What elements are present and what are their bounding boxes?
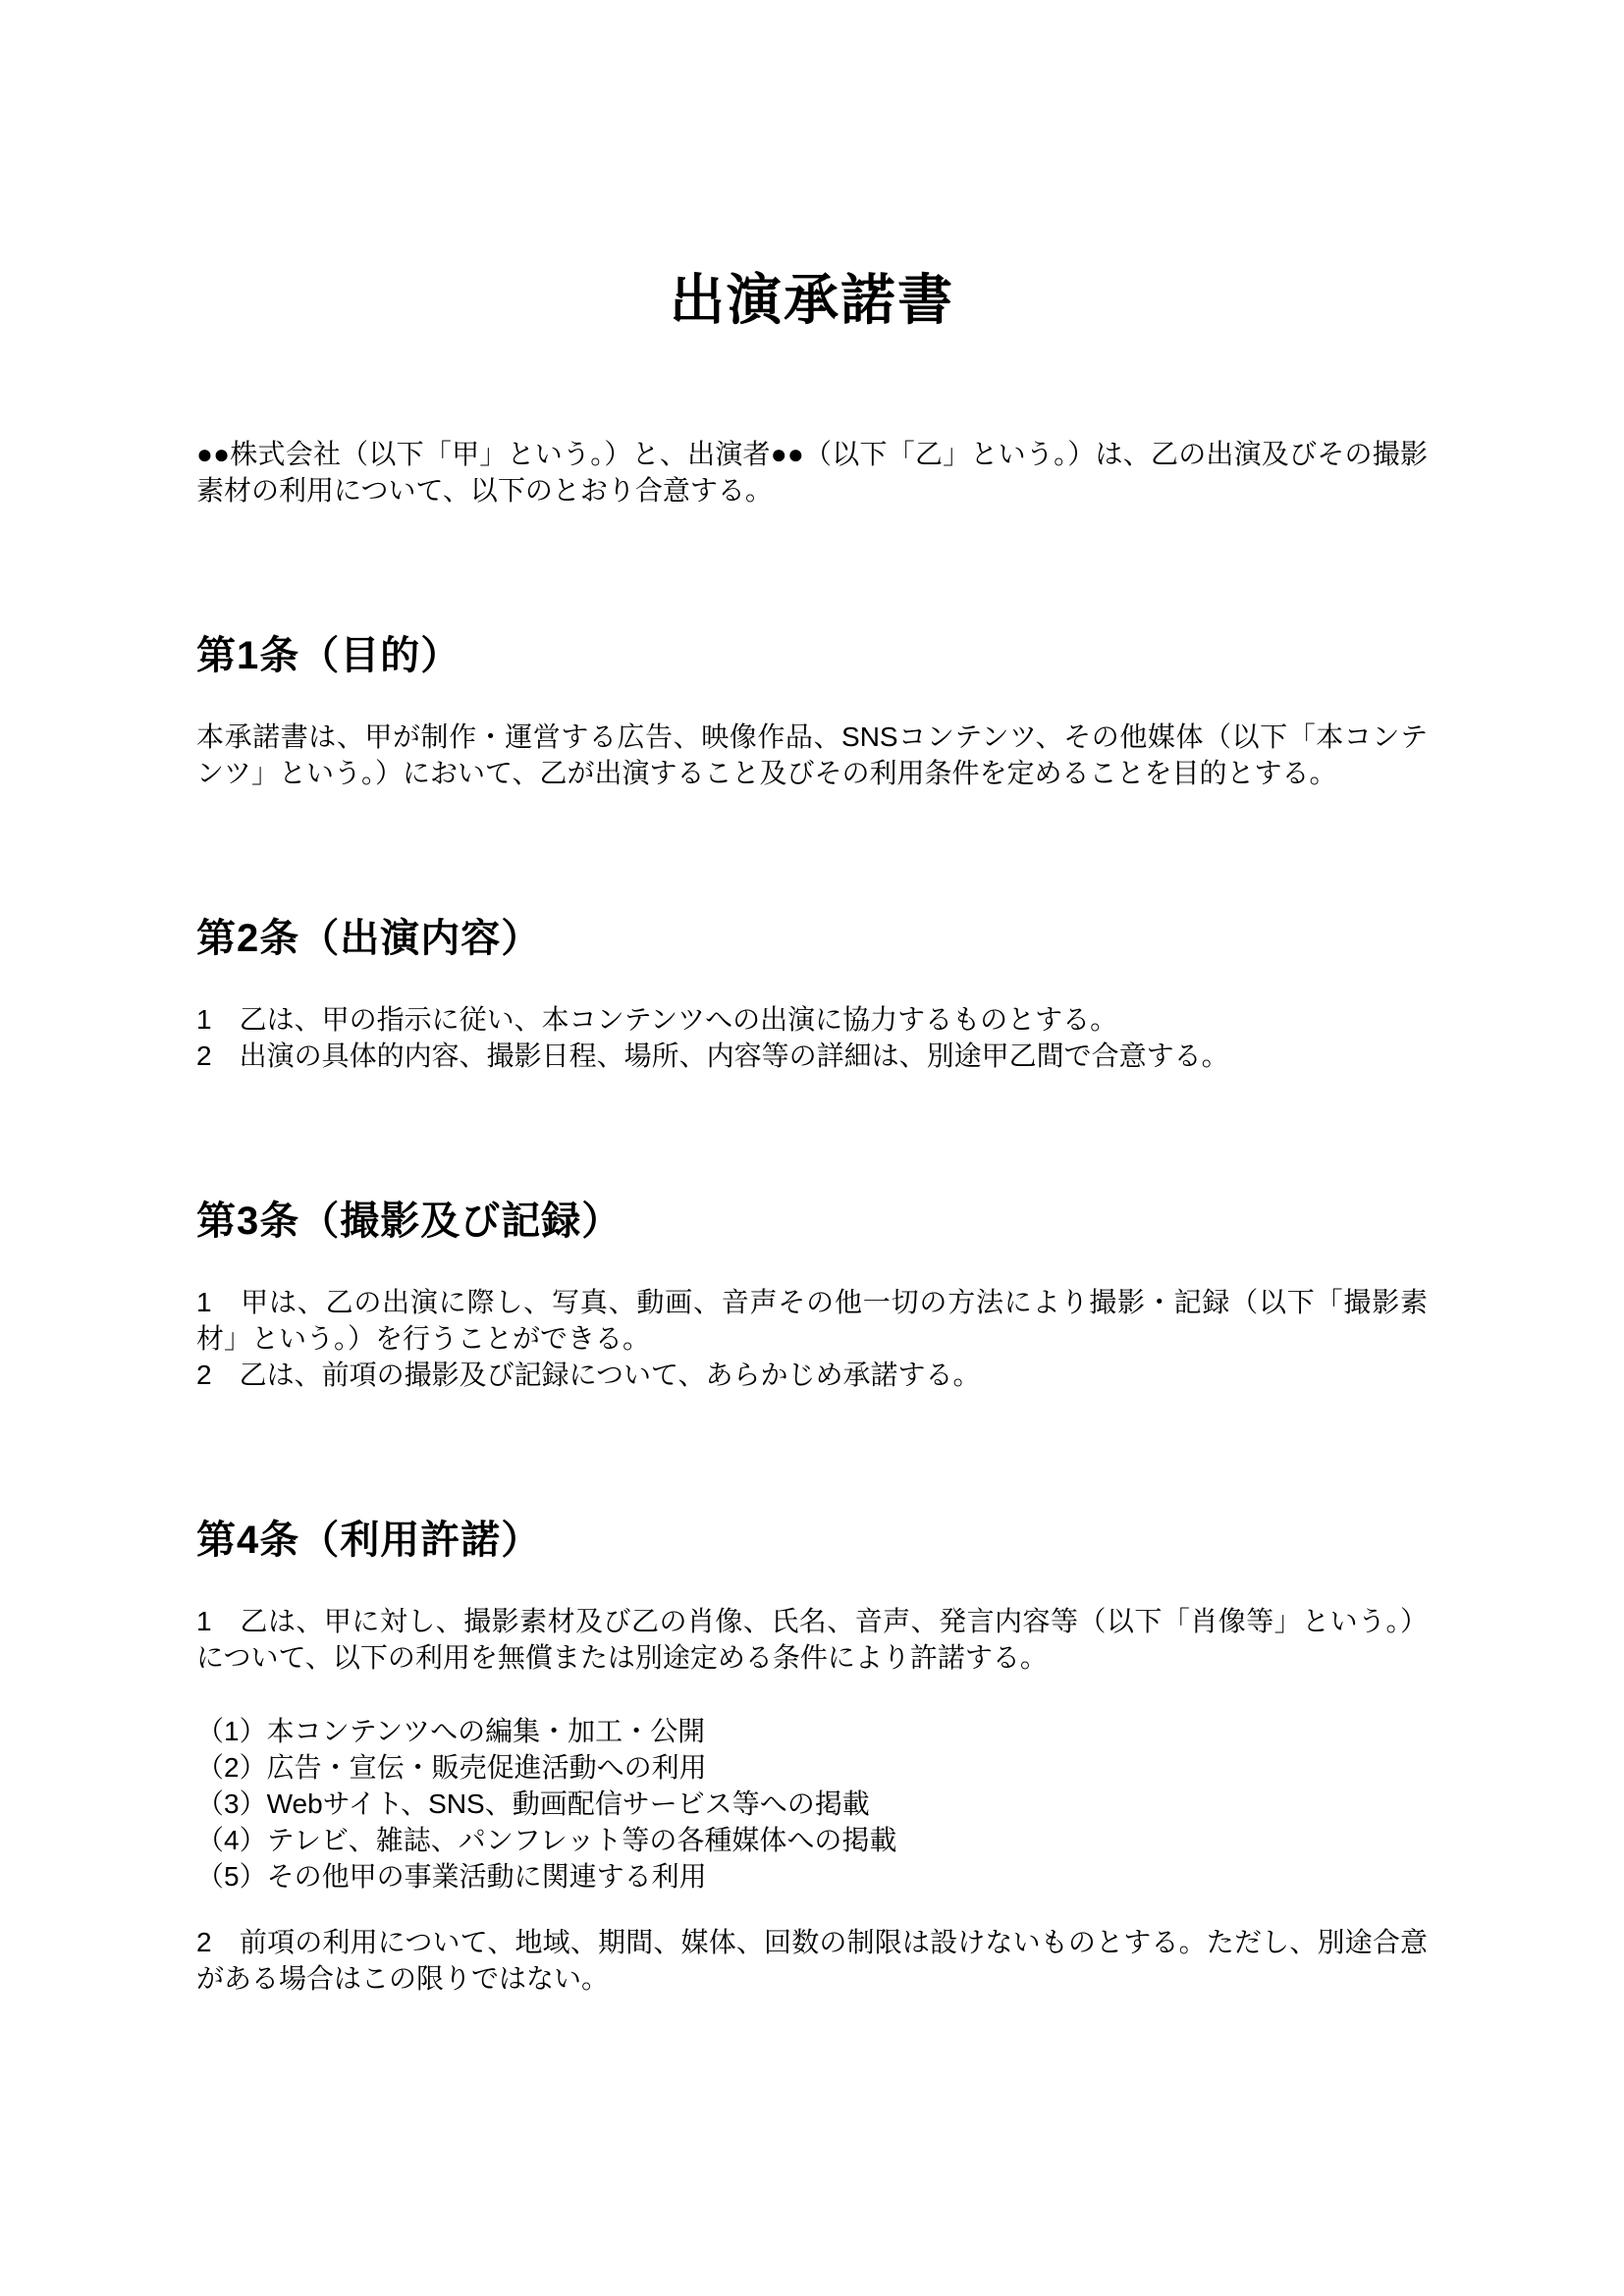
article-1-heading: 第1条（目的） <box>196 632 1428 679</box>
license-list-item-1: （1）本コンテンツへの編集・加工・公開 <box>196 1713 1428 1749</box>
license-list-item-2: （2）広告・宣伝・販売促進活動への利用 <box>196 1749 1428 1786</box>
article-4-heading: 第4条（利用許諾） <box>196 1517 1428 1564</box>
article-2-heading: 第2条（出演内容） <box>196 915 1428 962</box>
document-title: 出演承諾書 <box>196 267 1428 333</box>
license-list-item-3: （3）Webサイト、SNS、動画配信サービス等への掲載 <box>196 1786 1428 1822</box>
article-4-clause-2: 2 前項の利用について、地域、期間、媒体、回数の制限は設けないものとする。ただし… <box>196 1924 1428 1997</box>
article-4: 第4条（利用許諾） 1 乙は、甲に対し、撮影素材及び乙の肖像、氏名、音声、発言内… <box>196 1517 1428 1997</box>
page: 出演承諾書 ●●株式会社（以下「甲」という。）と、出演者●●（以下「乙」という。… <box>0 0 1624 2296</box>
article-1: 第1条（目的） 本承諾書は、甲が制作・運営する広告、映像作品、SNSコンテンツ、… <box>196 632 1428 791</box>
article-3-clause-1: 1 甲は、乙の出演に際し、写真、動画、音声その他一切の方法により撮影・記録（以下… <box>196 1284 1428 1357</box>
article-3: 第3条（撮影及び記録） 1 甲は、乙の出演に際し、写真、動画、音声その他一切の方… <box>196 1198 1428 1393</box>
article-3-heading: 第3条（撮影及び記録） <box>196 1198 1428 1245</box>
license-uses-list: （1）本コンテンツへの編集・加工・公開 （2）広告・宣伝・販売促進活動への利用 … <box>196 1713 1428 1895</box>
article-2-clause-1: 1 乙は、甲の指示に従い、本コンテンツへの出演に協力するものとする。 <box>196 1001 1428 1038</box>
article-2: 第2条（出演内容） 1 乙は、甲の指示に従い、本コンテンツへの出演に協力するもの… <box>196 915 1428 1074</box>
license-list-item-5: （5）その他甲の事業活動に関連する利用 <box>196 1858 1428 1895</box>
article-1-clause-1: 本承諾書は、甲が制作・運営する広告、映像作品、SNSコンテンツ、その他媒体（以下… <box>196 719 1428 791</box>
intro-paragraph: ●●株式会社（以下「甲」という。）と、出演者●●（以下「乙」という。）は、乙の出… <box>196 436 1428 508</box>
article-2-clause-2: 2 出演の具体的内容、撮影日程、場所、内容等の詳細は、別途甲乙間で合意する。 <box>196 1038 1428 1074</box>
article-4-clause-1: 1 乙は、甲に対し、撮影素材及び乙の肖像、氏名、音声、発言内容等（以下「肖像等」… <box>196 1603 1428 1676</box>
license-list-item-4: （4）テレビ、雑誌、パンフレット等の各種媒体への掲載 <box>196 1822 1428 1858</box>
article-3-clause-2: 2 乙は、前項の撮影及び記録について、あらかじめ承諾する。 <box>196 1357 1428 1393</box>
